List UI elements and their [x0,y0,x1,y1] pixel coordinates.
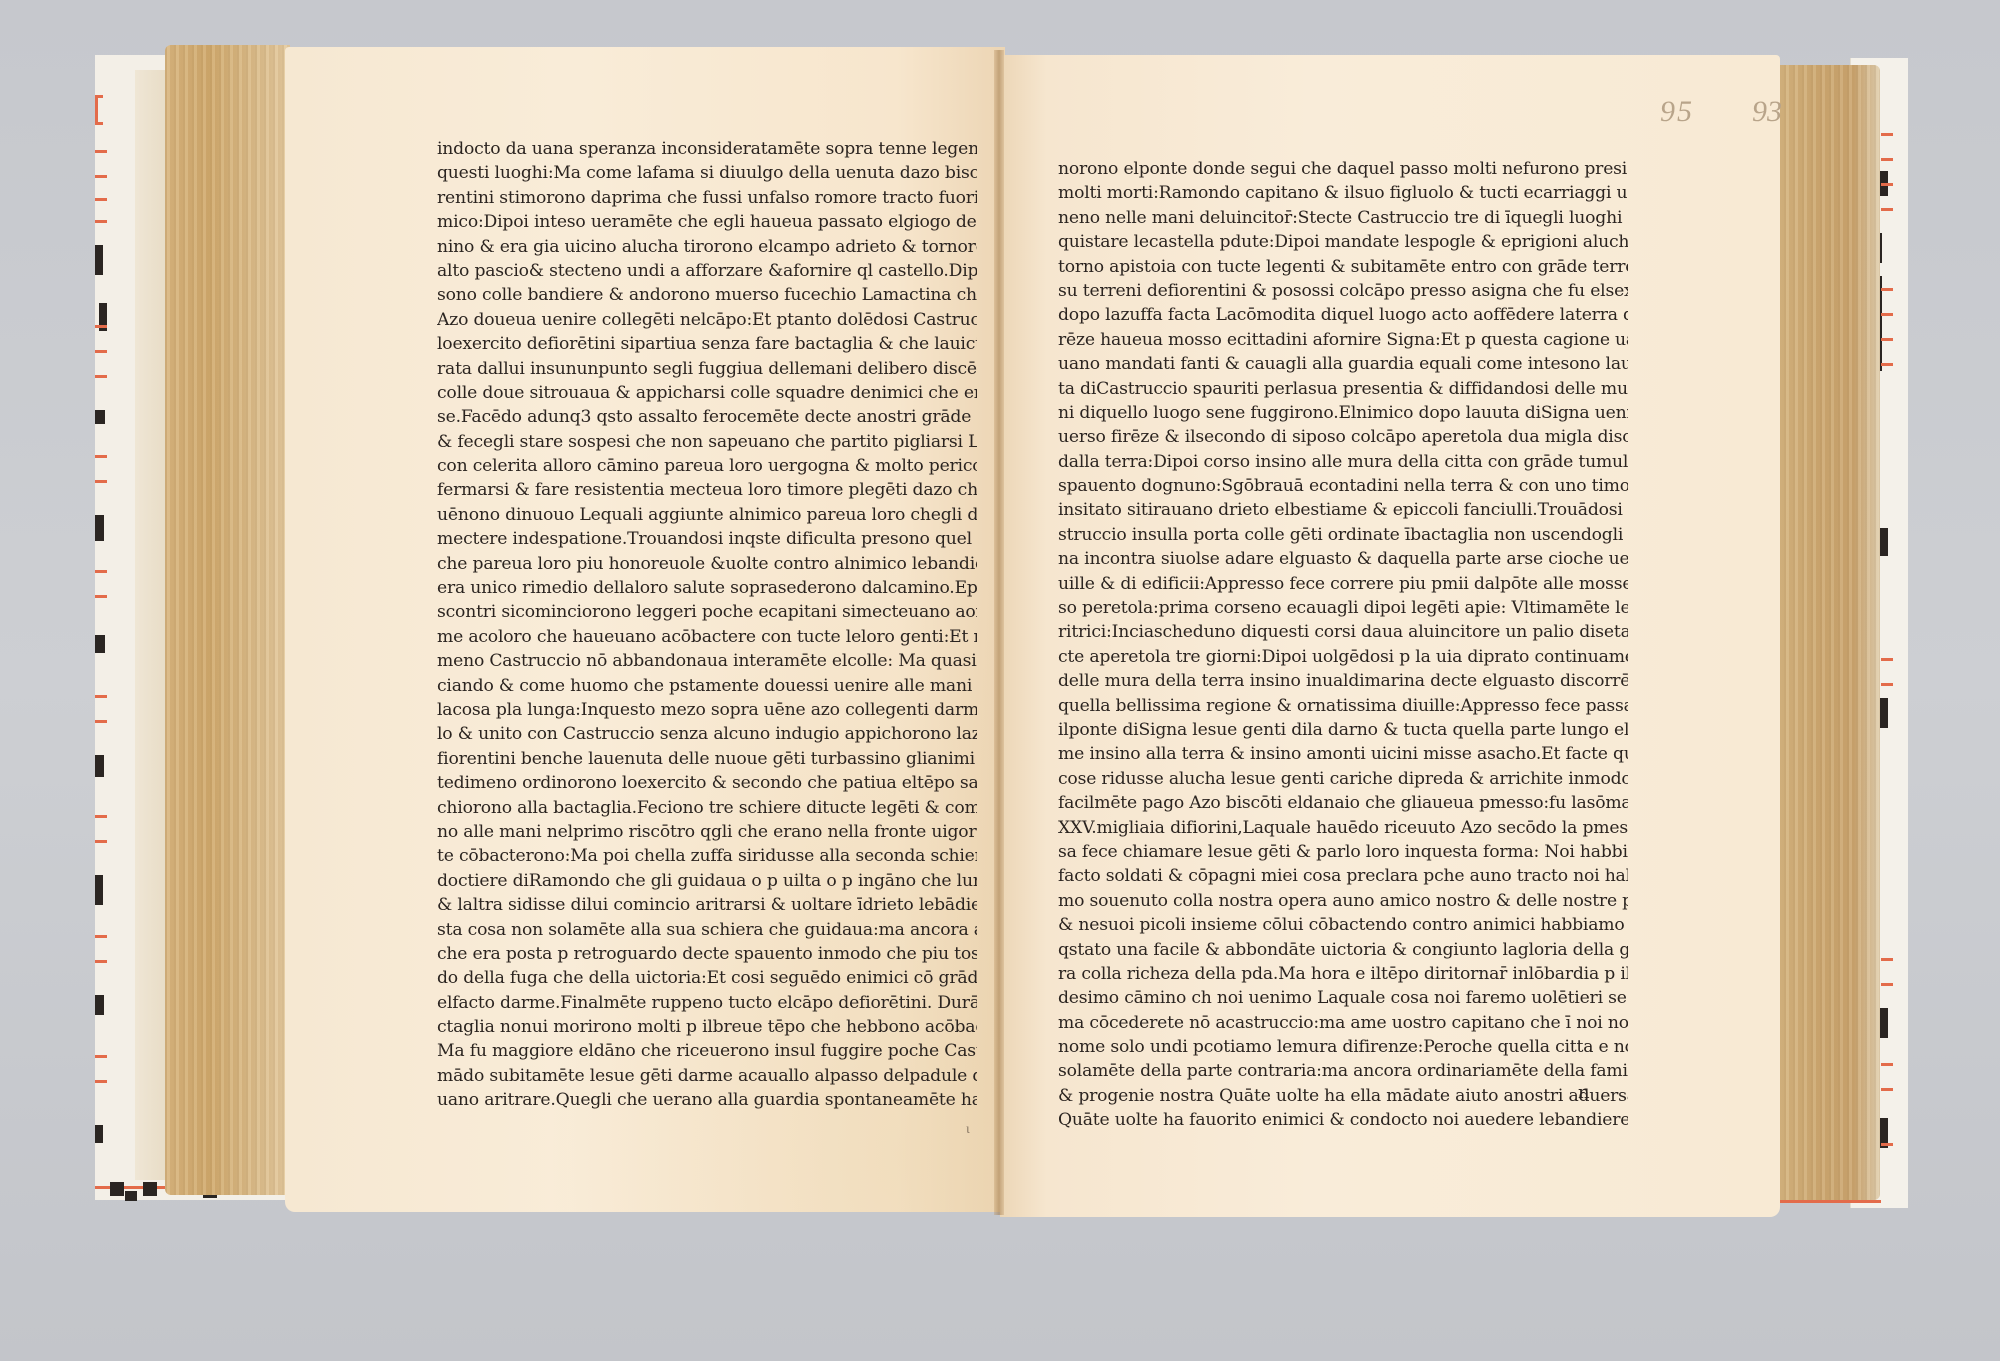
text-line: mico:Dipoi inteso ueramēte che egli haue… [437,210,977,234]
rubric-tick [95,695,107,698]
rubric-tick [1881,288,1893,291]
text-line: meno Castruccio nō abbandonaua interamēt… [437,649,977,673]
text-line: ni diquello luogo sene fuggirono.Elnimic… [1058,401,1628,425]
text-line: ra colla richeza della pda.Ma hora e ilt… [1058,962,1628,986]
text-line: rentini stimorono daprima che fussi unfa… [437,186,977,210]
rubric-tick [1881,133,1893,136]
text-line: norono elponte donde segui che daquel pa… [1058,157,1628,181]
text-line: me insino alla terra & insino amonti uic… [1058,742,1628,766]
music-note [95,515,104,541]
text-line: molti morti:Ramondo capitano & ilsuo fig… [1058,181,1628,205]
text-line: dopo lazuffa facta Lacōmodita diquel luo… [1058,303,1628,327]
text-line: fiorentini benche lauenuta delle nuoue g… [437,747,977,771]
text-line: nino & era gia uicino alucha tirorono el… [437,235,977,259]
text-line: uano mandati fanti & cauagli alla guardi… [1058,352,1628,376]
rubric-tick [95,480,107,483]
text-line: uēnono dinuouo Lequali aggiunte alnimico… [437,503,977,527]
text-line: dalla terra:Dipoi corso insino alle mura… [1058,450,1628,474]
text-line: nome solo undi pcotiamo lemura difirenze… [1058,1035,1628,1059]
music-note [125,1191,137,1201]
text-line: sa fece chiamare lesue gēti & parlo loro… [1058,840,1628,864]
text-line: uerso firēze & ilsecondo di siposo colcā… [1058,425,1628,449]
rubric-tick [95,175,107,178]
page-edge-right [1775,65,1880,1200]
text-line: tedimeno ordinorono loexercito & secondo… [437,771,977,795]
text-line: che era posta p retroguardo decte spauen… [437,942,977,966]
text-line: no alle mani nelprimo riscōtro qgli che … [437,820,977,844]
music-note [95,875,103,905]
rubric-tick [95,375,107,378]
rubric-tick [1881,658,1893,661]
rubric-tick [95,455,107,458]
text-line: & fecegli stare sospesi che non sapeuano… [437,430,977,454]
text-line: ctaglia nonui morirono molti p ilbreue t… [437,1015,977,1039]
text-line: & progenie nostra Quāte uolte ha ella mā… [1058,1084,1628,1108]
rubric-tick [95,1055,107,1058]
folio-number: 95 [1660,95,1694,129]
music-note [95,995,104,1015]
rubric-tick [95,840,107,843]
text-line: su terreni defiorentini & posossi colcāp… [1058,279,1628,303]
text-line: spauento dognuno:Sgōbrauā econtadini nel… [1058,474,1628,498]
rubric-tick [1881,1088,1893,1091]
text-line: che pareua loro piu honoreuole &uolte co… [437,552,977,576]
text-line: Azo doueua uenire collegēti nelcāpo:Et p… [437,308,977,332]
music-note [95,1125,103,1143]
music-note [143,1182,157,1196]
staff-line [1771,1200,1881,1203]
music-note [95,635,105,653]
rubric-tick [95,198,107,201]
rubric-tick [1881,338,1893,341]
text-line: mādo subitamēte lesue gēti darme acauall… [437,1064,977,1088]
text-line: quistare lecastella pdute:Dipoi mandate … [1058,230,1628,254]
rubric-tick [95,570,107,573]
text-line: Ma fu maggiore eldāno che riceuerono ins… [437,1039,977,1063]
rubric-tick [95,935,107,938]
text-line: qstato una facile & abbondāte uictoria &… [1058,938,1628,962]
rubric-tick [95,325,107,328]
rubric-tick [1881,158,1893,161]
text-line: na incontra siuolse adare elguasto & daq… [1058,547,1628,571]
text-line: sono colle bandiere & andorono muerso fu… [437,283,977,307]
text-line: colle doue sitrouaua & appicharsi colle … [437,381,977,405]
rubric-tick [1881,208,1893,211]
music-note [95,245,103,275]
text-line: cose ridusse alucha lesue genti cariche … [1058,767,1628,791]
rubric-tick [95,720,107,723]
text-line: rēze haueua mosso ecittadini afornire Si… [1058,328,1628,352]
rubric-tick [1881,363,1893,366]
text-line: uano aritrare.Quegli che uerano alla gua… [437,1088,977,1112]
text-line: era unico rimedio dellaloro salute sopra… [437,576,977,600]
text-line: ritrici:Inciascheduno diquesti corsi dau… [1058,620,1628,644]
text-line: loexercito defiorētini sipartiua senza f… [437,332,977,356]
text-line: neno nelle mani deluincitor̄:Stecte Cast… [1058,206,1628,230]
text-line: elfacto darme.Finalmēte ruppeno tucto el… [437,991,977,1015]
text-line: con celerita alloro cāmino pareua loro u… [437,454,977,478]
rubric-tick [95,150,107,153]
text-line: scontri sicominciorono leggeri poche eca… [437,600,977,624]
music-note [1879,1008,1888,1038]
text-line: solamēte della parte contraria:ma ancora… [1058,1059,1628,1083]
rubric-tick [95,220,107,223]
text-line: chiorono alla bactaglia.Feciono tre schi… [437,796,977,820]
text-line: XXV.migliaia difiorini,Laquale hauēdo ri… [1058,816,1628,840]
text-line: & nesuoi picoli insieme cōlui cōbactendo… [1058,913,1628,937]
right-page-text: norono elponte donde segui che daquel pa… [1058,157,1628,1133]
text-line: alto pascio& stecteno undi a afforzare &… [437,259,977,283]
text-line: indocto da uana speranza inconsideratamē… [437,137,977,161]
text-line: torno apistoia con tucte legenti & subit… [1058,255,1628,279]
text-line: cte aperetola tre giorni:Dipoi uolgēdosi… [1058,645,1628,669]
text-line: uille & di edificii:Appresso fece correr… [1058,572,1628,596]
text-line: struccio insulla porta colle gēti ordina… [1058,523,1628,547]
rubric-bracket [95,95,103,125]
rubric-tick [95,350,107,353]
text-line: lacosa pla lunga:Inquesto mezo sopra uēn… [437,698,977,722]
text-line: mo souenuto colla nostra opera auno amic… [1058,889,1628,913]
text-line: lo & unito con Castruccio senza alcuno i… [437,722,977,746]
book-gutter [994,50,1004,1215]
rubric-tick [1881,683,1893,686]
rubric-tick [95,595,107,598]
music-note [95,410,105,424]
text-line: te cōbacterono:Ma poi chella zuffa sirid… [437,844,977,868]
text-line: desimo cāmino ch noi uenimo Laquale cosa… [1058,986,1628,1010]
text-line: doctiere diRamondo che gli guidaua o p u… [437,869,977,893]
left-page-text: indocto da uana speranza inconsideratamē… [437,137,977,1113]
text-line: mectere indespatione.Trouandosi inqste d… [437,527,977,551]
text-line: do della fuga che della uictoria:Et cosi… [437,966,977,990]
text-line: so peretola:prima corseno ecauagli dipoi… [1058,596,1628,620]
music-note [110,1182,124,1196]
folio-number-old: 93 [1752,95,1782,129]
text-line: & laltra sidisse dilui comincio aritrars… [437,893,977,917]
left-page-mark: ι [966,1122,970,1138]
music-note [1879,698,1888,728]
text-line: sta cosa non solamēte alla sua schiera c… [437,918,977,942]
rubric-tick [95,1080,107,1083]
page-edge-left [165,45,290,1195]
text-line: delle mura della terra insino inualdimar… [1058,669,1628,693]
rubric-tick [1881,1143,1893,1146]
music-note [95,755,104,777]
text-line: ciando & come huomo che pstamente douess… [437,674,977,698]
text-line: questi luoghi:Ma come lafama si diuulgo … [437,161,977,185]
rubric-tick [1881,983,1893,986]
signature-mark: n [1578,1082,1590,1103]
text-line: Quāte uolte ha fauorito enimici & condoc… [1058,1108,1628,1132]
text-line: facilmēte pago Azo biscōti eldanaio che … [1058,791,1628,815]
text-line: fermarsi & fare resistentia mecteua loro… [437,478,977,502]
rubric-tick [1881,183,1893,186]
text-line: insitato sitirauano drieto elbestiame & … [1058,498,1628,522]
text-line: ma cōcederete nō acastruccio:ma ame uost… [1058,1011,1628,1035]
music-note [1879,528,1888,556]
text-line: rata dallui insununpunto segli fuggiua d… [437,357,977,381]
text-line: me acoloro che haueuano acōbactere con t… [437,625,977,649]
text-line: quella bellissima regione & ornatissima … [1058,694,1628,718]
text-line: ta diCastruccio spauriti perlasua presen… [1058,377,1628,401]
text-line: se.Facēdo adunq3 qsto assalto ferocemēte… [437,405,977,429]
rubric-tick [95,815,107,818]
rubric-tick [1881,313,1893,316]
rubric-tick [95,960,107,963]
rubric-tick [1881,1063,1893,1066]
rubric-tick [1881,958,1893,961]
text-line: ilponte diSigna lesue genti dila darno &… [1058,718,1628,742]
text-line: facto soldati & cōpagni miei cosa precla… [1058,864,1628,888]
